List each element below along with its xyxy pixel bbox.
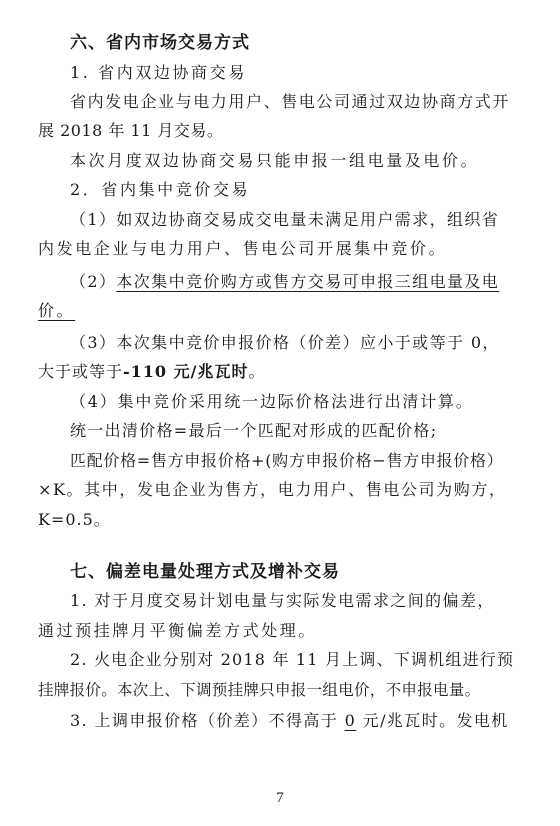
prefix: （2） [70, 272, 116, 291]
paragraph-line: 3. 上调申报价格（价差）不得高于 0 元/兆瓦时。发电机 [70, 711, 470, 731]
paragraph-line-underlined: （2）本次集中竞价购方或售方交易可申报三组电量及电 [70, 272, 470, 292]
paragraph-line: 大于或等于-110 元/兆瓦时。 [38, 362, 470, 382]
paragraph-line: 省内发电企业与电力用户、售电公司通过双边协商方式开 [70, 92, 470, 112]
formula-line: 统一出清价格=最后一个匹配对形成的匹配价格; [70, 421, 470, 441]
paragraph-line: 2. 火电企业分别对 2018 年 11 月上调、下调机组进行预 [70, 650, 470, 670]
paragraph-line: （1）如双边协商交易成交电量未满足用户需求，组织省 [70, 210, 470, 230]
formula-line: ×K。其中，发电企业为售方，电力用户、售电公司为购方， [38, 480, 470, 500]
paragraph-line: （3）本次集中竞价申报价格（价差）应小于或等于 0， [70, 333, 470, 353]
paragraph-line: 展 2018 年 11 月交易。 [38, 121, 470, 141]
page-number: 7 [0, 790, 560, 807]
text: 3. 上调申报价格（价差）不得高于 [70, 711, 345, 730]
item-2-title: 2．省内集中竞价交易 [70, 180, 470, 200]
underlined-text: 本次集中竞价购方或售方交易可申报三组电量及电 [116, 272, 499, 291]
paragraph-line: （4）集中竞价采用统一边际价格法进行出清计算。 [70, 392, 470, 412]
text: 大于或等于 [38, 362, 123, 381]
paragraph-line-underlined: 价。 [38, 301, 470, 321]
text: 。 [248, 362, 265, 381]
section-7-heading: 七、偏差电量处理方式及增补交易 [70, 562, 470, 582]
formula-line: 匹配价格=售方申报价格+(购方申报价格−售方申报价格） [70, 451, 470, 471]
item-1-title: 1. 省内双边协商交易 [70, 63, 470, 83]
paragraph-line: 挂牌报价。本次上、下调预挂牌只申报一组电价，不申报电量。 [38, 680, 470, 700]
paragraph-line: 1. 对于月度交易计划电量与实际发电需求之间的偏差， [70, 591, 470, 611]
text: 元/兆瓦时。发电机 [356, 711, 508, 730]
section-6-heading: 六、省内市场交易方式 [70, 33, 470, 53]
formula-line: K=0.5。 [38, 510, 470, 530]
underlined-value: 0 [345, 711, 357, 730]
paragraph-line: 本次月度双边协商交易只能申报一组电量及电价。 [70, 151, 470, 171]
paragraph-line: 通过预挂牌月平衡偏差方式处理。 [38, 621, 470, 641]
underlined-text: 价。 [38, 301, 75, 320]
bold-price-range: -110 元/兆瓦时 [123, 362, 248, 381]
paragraph-line: 内发电企业与电力用户、售电公司开展集中竞价。 [38, 239, 470, 259]
